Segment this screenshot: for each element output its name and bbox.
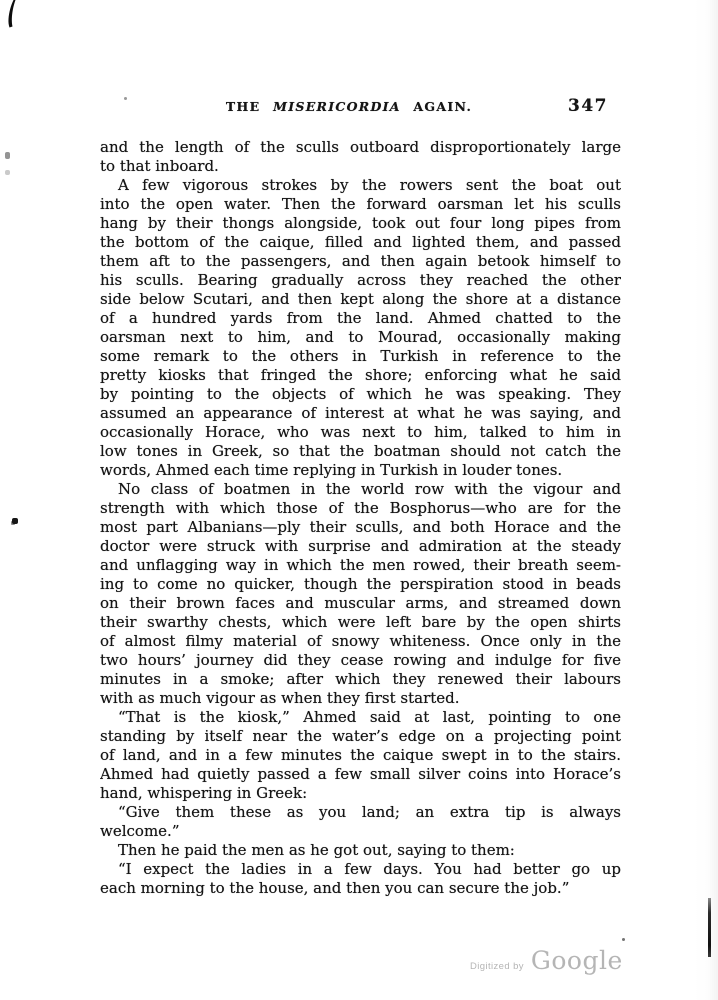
text-line: No class of boatmen in the world row wit…	[100, 480, 621, 499]
ink-speck	[12, 518, 18, 524]
text-line: welcome.”	[100, 822, 621, 841]
text-line: occasionally Horace, who was next to him…	[100, 423, 621, 442]
text-line: “That is the kiosk,” Ahmed said at last,…	[100, 708, 621, 727]
ink-speck	[5, 170, 10, 175]
text-line: words, Ahmed each time replying in Turki…	[100, 461, 621, 480]
text-line: on their brown faces and muscular arms, …	[100, 594, 621, 613]
text-line: of a hundred yards from the land. Ahmed …	[100, 309, 621, 328]
running-title-pre: THE	[226, 99, 261, 114]
text-line: by pointing to the objects of which he w…	[100, 385, 621, 404]
text-line: pretty kiosks that fringed the shore; en…	[100, 366, 621, 385]
text-line: each morning to the house, and then you …	[100, 879, 621, 898]
text-line: side below Scutari, and then kept along …	[100, 290, 621, 309]
text-line: them aft to the passengers, and then aga…	[100, 252, 621, 271]
running-header: THE MISERICORDIA AGAIN. 347	[0, 99, 718, 121]
scan-edge-mark	[708, 898, 711, 957]
text-line: of almost filmy material of snowy whiten…	[100, 632, 621, 651]
text-line: strength with which those of the Bosphor…	[100, 499, 621, 518]
text-line: hand, whispering in Greek:	[100, 784, 621, 803]
text-line: with as much vigour as when they first s…	[100, 689, 621, 708]
running-title-emphasis: MISERICORDIA	[273, 99, 401, 114]
text-line: standing by itself near the water’s edge…	[100, 727, 621, 746]
text-line: “Give them these as you land; an extra t…	[100, 803, 621, 822]
text-line: A few vigorous strokes by the rowers sen…	[100, 176, 621, 195]
digitization-watermark: Digitized by Google	[470, 946, 623, 975]
text-line: into the open water. Then the forward oa…	[100, 195, 621, 214]
text-line: Then he paid the men as he got out, sayi…	[100, 841, 621, 860]
text-line: Ahmed had quietly passed a few small sil…	[100, 765, 621, 784]
watermark-prefix: Digitized by	[470, 961, 524, 972]
text-line: some remark to the others in Turkish in …	[100, 347, 621, 366]
text-line: two hours’ journey did they cease rowing…	[100, 651, 621, 670]
running-title-post: AGAIN.	[413, 99, 472, 114]
text-line: ing to come no quicker, though the persp…	[100, 575, 621, 594]
pen-stroke-artifact	[2, 0, 18, 30]
text-line: to that inboard.	[100, 157, 621, 176]
text-line: their swarthy chests, which were left ba…	[100, 613, 621, 632]
text-line: doctor were struck with surprise and adm…	[100, 537, 621, 556]
text-line: of land, and in a few minutes the caique…	[100, 746, 621, 765]
text-line: oarsman next to him, and to Mourad, occa…	[100, 328, 621, 347]
text-line: the bottom of the caique, filled and lig…	[100, 233, 621, 252]
text-line: most part Albanians—ply their sculls, an…	[100, 518, 621, 537]
page-number: 347	[568, 96, 608, 116]
text-line: “I expect the ladies in a few days. You …	[100, 860, 621, 879]
text-line: his sculls. Bearing gradually across the…	[100, 271, 621, 290]
ink-speck	[622, 938, 625, 941]
text-line: and unflagging way in which the men rowe…	[100, 556, 621, 575]
book-page: THE MISERICORDIA AGAIN. 347 and the leng…	[0, 0, 718, 1000]
text-line: minutes in a smoke; after which they ren…	[100, 670, 621, 689]
text-line: assumed an appearance of interest at wha…	[100, 404, 621, 423]
chapter-running-title: THE MISERICORDIA AGAIN.	[226, 99, 472, 114]
google-logo: Google	[531, 946, 623, 975]
text-line: low tones in Greek, so that the boatman …	[100, 442, 621, 461]
text-line: and the length of the sculls outboard di…	[100, 138, 621, 157]
text-line: hang by their thongs alongside, took out…	[100, 214, 621, 233]
page-body: and the length of the sculls outboard di…	[100, 138, 621, 898]
ink-speck	[5, 152, 10, 159]
